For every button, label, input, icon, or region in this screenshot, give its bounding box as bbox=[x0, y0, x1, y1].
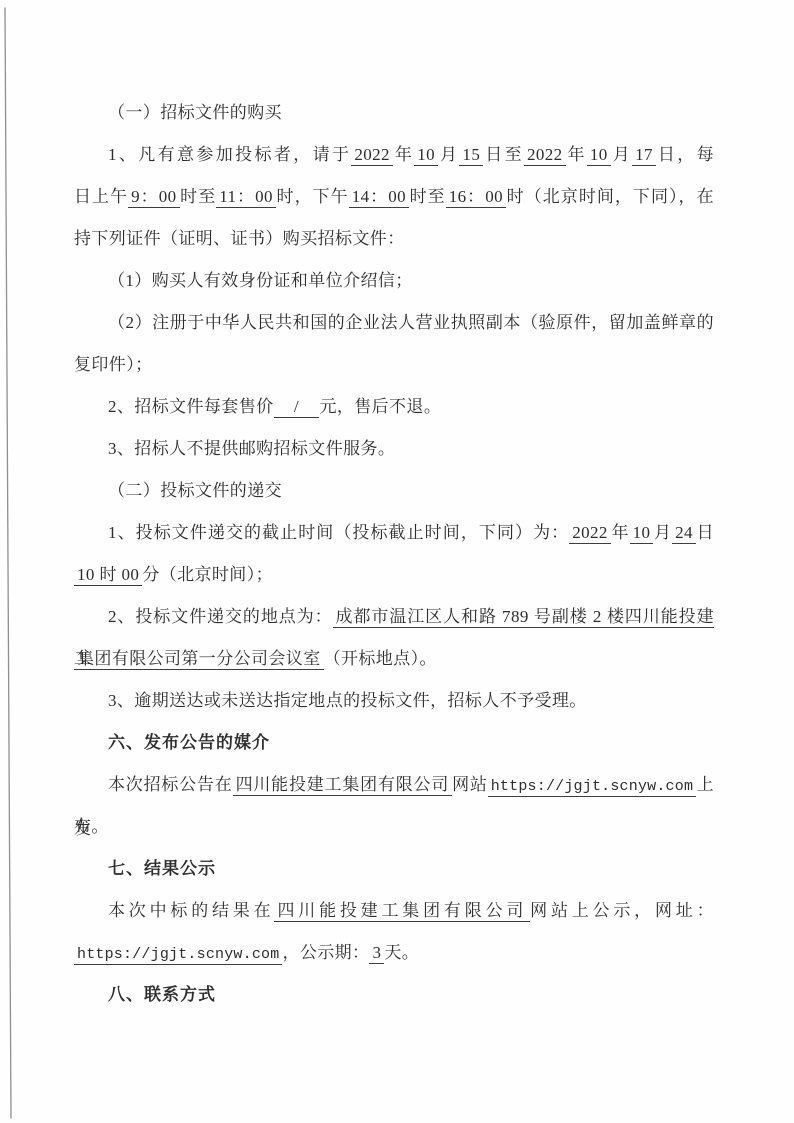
url-text: https://jgjt.scnyw.com bbox=[74, 946, 282, 965]
underlined-fill-in-text: 四川能投建工集团有限公司 bbox=[233, 775, 453, 796]
underlined-fill-in-text: 17 bbox=[632, 145, 656, 166]
text-segment: 2、招标文件每套售价 bbox=[108, 397, 274, 416]
text-segment: 1、凡有意参加投标者，请于 bbox=[108, 145, 351, 164]
text-line: 复印件）； bbox=[74, 344, 714, 386]
scanned-document-page: （一）招标文件的购买1、凡有意参加投标者，请于2022年10月15日至2022年… bbox=[0, 0, 794, 1123]
text-segment: 日上午 bbox=[74, 187, 128, 206]
text-segment: （二）投标文件的递交 bbox=[108, 481, 282, 500]
text-segment: ，公示期： bbox=[282, 943, 369, 962]
text-segment: 六、发布公告的媒介 bbox=[108, 733, 270, 752]
text-segment: 网站上公示，网址： bbox=[530, 901, 714, 920]
underlined-fill-in-text: 集团有限公司第一分公司会议室 bbox=[74, 649, 324, 670]
text-line: 2、招标文件每套售价 / 元，售后不退。 bbox=[74, 386, 714, 428]
text-segment: 持下列证件（证明、证书）购买招标文件： bbox=[74, 229, 405, 248]
underlined-fill-in-text: 2022 bbox=[524, 145, 566, 166]
text-segment: 3、逾期送达或未送达指定地点的投标文件，招标人不予受理。 bbox=[108, 691, 587, 710]
text-segment: （1）购买人有效身份证和单位介绍信； bbox=[108, 271, 413, 290]
text-segment: 年 bbox=[393, 145, 414, 164]
underlined-fill-in-text: / bbox=[274, 397, 320, 418]
underlined-fill-in-text: 2022 bbox=[569, 523, 611, 544]
underlined-fill-in-text: 10 bbox=[587, 145, 611, 166]
underlined-fill-in-text: 15 bbox=[459, 145, 483, 166]
url-text: https://jgjt.scnyw.com bbox=[488, 778, 696, 797]
text-segment: 布。 bbox=[74, 817, 109, 836]
document-body: （一）招标文件的购买1、凡有意参加投标者，请于2022年10月15日至2022年… bbox=[74, 92, 714, 1016]
text-line: 3、逾期送达或未送达指定地点的投标文件，招标人不予受理。 bbox=[74, 680, 714, 722]
text-segment: 本次中标的结果在 bbox=[108, 901, 274, 920]
underlined-fill-in-text: 四川能投建工集团有限公司 bbox=[274, 901, 530, 922]
underlined-fill-in-text: 14：00 bbox=[349, 187, 409, 208]
text-line: 本次招标公告在四川能投建工集团有限公司网站https://jgjt.scnyw.… bbox=[74, 764, 714, 806]
text-line: （1）购买人有效身份证和单位介绍信； bbox=[74, 260, 714, 302]
text-segment: 本次招标公告在 bbox=[108, 775, 233, 794]
text-segment: 复印件）； bbox=[74, 355, 153, 374]
text-line: 3、招标人不提供邮购招标文件服务。 bbox=[74, 428, 714, 470]
text-segment: 年 bbox=[566, 145, 587, 164]
text-segment: 年 bbox=[611, 523, 630, 542]
text-segment: 时至 bbox=[409, 187, 446, 206]
text-segment: 日 bbox=[696, 523, 714, 542]
text-line: （二）投标文件的递交 bbox=[74, 470, 714, 512]
section-heading: 六、发布公告的媒介 bbox=[74, 722, 714, 764]
underlined-fill-in-text: 2022 bbox=[351, 145, 393, 166]
text-line: 本次中标的结果在四川能投建工集团有限公司网站上公示，网址： bbox=[74, 890, 714, 932]
text-segment: 月 bbox=[653, 523, 672, 542]
text-line: 10 时 00分（北京时间）； bbox=[74, 554, 714, 596]
text-segment: 月 bbox=[438, 145, 459, 164]
text-segment: 元，售后不退。 bbox=[319, 397, 441, 416]
text-segment: 时至 bbox=[180, 187, 217, 206]
text-segment: （开标地点）。 bbox=[324, 649, 437, 668]
text-line: https://jgjt.scnyw.com，公示期：3天。 bbox=[74, 932, 714, 974]
text-segment: 日至 bbox=[483, 145, 524, 164]
underlined-fill-in-text: 9：00 bbox=[128, 187, 179, 208]
text-segment: 日，每 bbox=[656, 145, 714, 164]
underlined-fill-in-text: 11：00 bbox=[216, 187, 276, 208]
text-segment: （一）招标文件的购买 bbox=[108, 103, 282, 122]
text-line: 2、投标文件递交的地点为：成都市温江区人和路 789 号副楼 2 楼四川能投建工 bbox=[74, 596, 714, 638]
underlined-fill-in-text: 16：00 bbox=[446, 187, 506, 208]
section-heading: 八、联系方式 bbox=[74, 974, 714, 1016]
text-line: 1、投标文件递交的截止时间（投标截止时间，下同）为：2022年10月24日 bbox=[74, 512, 714, 554]
underlined-fill-in-text: 10 时 00 bbox=[74, 565, 142, 586]
text-line: 集团有限公司第一分公司会议室（开标地点）。 bbox=[74, 638, 714, 680]
text-line: （一）招标文件的购买 bbox=[74, 92, 714, 134]
underlined-fill-in-text: 10 bbox=[630, 523, 654, 544]
text-line: 1、凡有意参加投标者，请于2022年10月15日至2022年10月17日，每 bbox=[74, 134, 714, 176]
underlined-fill-in-text: 10 bbox=[414, 145, 438, 166]
text-segment: 天。 bbox=[384, 943, 419, 962]
underlined-fill-in-text: 3 bbox=[369, 943, 384, 964]
text-segment: 时（北京时间，下同），在 bbox=[506, 187, 714, 206]
text-segment: 月 bbox=[611, 145, 632, 164]
text-line: 日上午9：00时至11：00时，下午14：00时至16：00时（北京时间，下同）… bbox=[74, 176, 714, 218]
text-segment: 3、招标人不提供邮购招标文件服务。 bbox=[108, 439, 395, 458]
underlined-fill-in-text: 24 bbox=[672, 523, 696, 544]
section-heading: 七、结果公示 bbox=[74, 848, 714, 890]
text-segment: 2、投标文件递交的地点为： bbox=[108, 607, 333, 626]
text-segment: 网站 bbox=[452, 775, 488, 794]
text-segment: 1、投标文件递交的截止时间（投标截止时间，下同）为： bbox=[108, 523, 569, 542]
text-segment: 时，下午 bbox=[276, 187, 349, 206]
text-line: （2）注册于中华人民共和国的企业法人营业执照副本（验原件，留加盖鲜章的 bbox=[74, 302, 714, 344]
text-line: 持下列证件（证明、证书）购买招标文件： bbox=[74, 218, 714, 260]
text-segment: 八、联系方式 bbox=[108, 985, 216, 1004]
text-line: 布。 bbox=[74, 806, 714, 848]
text-segment: 七、结果公示 bbox=[108, 859, 216, 878]
text-segment: 分（北京时间）； bbox=[142, 565, 273, 584]
scan-edge-line bbox=[5, 8, 11, 1118]
text-segment: （2）注册于中华人民共和国的企业法人营业执照副本（验原件，留加盖鲜章的 bbox=[108, 313, 714, 332]
